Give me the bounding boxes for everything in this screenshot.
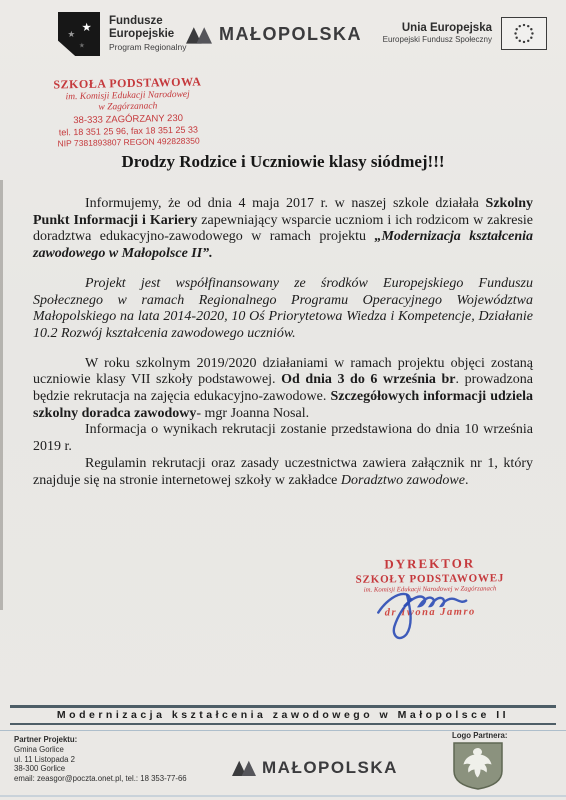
svg-text:★: ★ xyxy=(79,41,85,49)
malopolska-logo-label: MAŁOPOLSKA xyxy=(262,758,398,778)
eu-line1: Unia Europejska xyxy=(383,22,492,35)
text-run-italic: Doradztwo zawodowe xyxy=(341,473,465,488)
eu-line2: Europejski Fundusz Społeczny xyxy=(383,35,492,45)
malopolska-mountain-icon xyxy=(232,759,256,777)
paragraph-2: Projekt jest współfinansowany ze środków… xyxy=(33,276,533,343)
partner-name: Gmina Gorlice xyxy=(14,745,187,755)
partner-street: ul. 11 Listopada 2 xyxy=(14,755,187,765)
footer-bar-top-line xyxy=(10,705,556,708)
text-run: Informujemy, że od dnia 4 maja 2017 r. w… xyxy=(85,196,486,211)
eu-logo-text: Unia Europejska Europejski Fundusz Społe… xyxy=(383,22,492,45)
school-stamp: SZKOŁA PODSTAWOWA im. Komisji Edukacji N… xyxy=(29,74,226,150)
paragraph-3: W roku szkolnym 2019/2020 działaniami w … xyxy=(33,356,533,423)
text-run: . xyxy=(465,473,469,488)
eu-logo: Unia Europejska Europejski Fundusz Społe… xyxy=(383,17,547,50)
paragraph-1: Informujemy, że od dnia 4 maja 2017 r. w… xyxy=(33,196,533,263)
eu-funds-line2: Europejskie xyxy=(109,28,186,41)
svg-text:★: ★ xyxy=(82,20,92,34)
signature-title: DYREKTOR xyxy=(330,555,530,573)
letter-title: Drodzy Rodzice i Uczniowie klasy siódmej… xyxy=(0,152,566,172)
paragraph-4: Informacja o wynikach rekrutacji zostani… xyxy=(33,422,533,455)
scan-edge-shadow xyxy=(0,180,3,610)
eu-funds-line1: Fundusze xyxy=(109,15,186,28)
eu-funds-logo: ★ ★ ★ Fundusze Europejskie Program Regio… xyxy=(58,11,186,57)
text-run-italic: Projekt jest współfinansowany ze środków… xyxy=(33,276,533,341)
scanned-letter-page: ★ ★ ★ Fundusze Europejskie Program Regio… xyxy=(0,0,566,800)
partner-city: 38-300 Gorlice xyxy=(14,764,187,774)
handwritten-signature-icon xyxy=(372,577,485,650)
eu-flag-icon xyxy=(501,17,547,50)
malopolska-logo-top: MAŁOPOLSKA xyxy=(186,24,362,45)
eu-funds-line3: Program Regionalny xyxy=(109,42,186,53)
eu-funds-logo-text: Fundusze Europejskie Program Regionalny xyxy=(109,15,186,53)
partner-contact: email: zeasgor@poczta.onet.pl, tel.: 18 … xyxy=(14,774,187,784)
svg-text:★: ★ xyxy=(68,30,76,40)
partner-label: Partner Projektu: xyxy=(14,735,187,745)
footer-bar-bottom-line xyxy=(10,723,556,725)
paragraph-5: Regulamin rekrutacji oraz zasady uczestn… xyxy=(33,456,533,489)
text-run: Informacja o wynikach rekrutacji zostani… xyxy=(33,422,533,454)
malopolska-logo-bottom: MAŁOPOLSKA xyxy=(232,758,398,778)
logo-partner-label: Logo Partnera: xyxy=(452,731,507,740)
malopolska-logo-label: MAŁOPOLSKA xyxy=(219,24,362,45)
eu-funds-flag-icon: ★ ★ ★ xyxy=(58,11,100,57)
text-run: - mgr Joanna Nosal. xyxy=(196,406,309,421)
text-run-bold: Od dnia 3 do 6 września br xyxy=(281,372,455,387)
partner-block: Partner Projektu: Gmina Gorlice ul. 11 L… xyxy=(14,735,187,784)
scan-artifact-line xyxy=(0,795,566,797)
footer-bar-text: Modernizacja kształcenia zawodowego w Ma… xyxy=(0,709,566,721)
partner-crest-icon xyxy=(452,741,504,791)
signature-stamp: DYREKTOR SZKOŁY PODSTAWOWEJ im. Komisji … xyxy=(330,555,531,619)
malopolska-mountain-icon xyxy=(186,25,212,45)
letter-body: Informujemy, że od dnia 4 maja 2017 r. w… xyxy=(33,196,533,489)
